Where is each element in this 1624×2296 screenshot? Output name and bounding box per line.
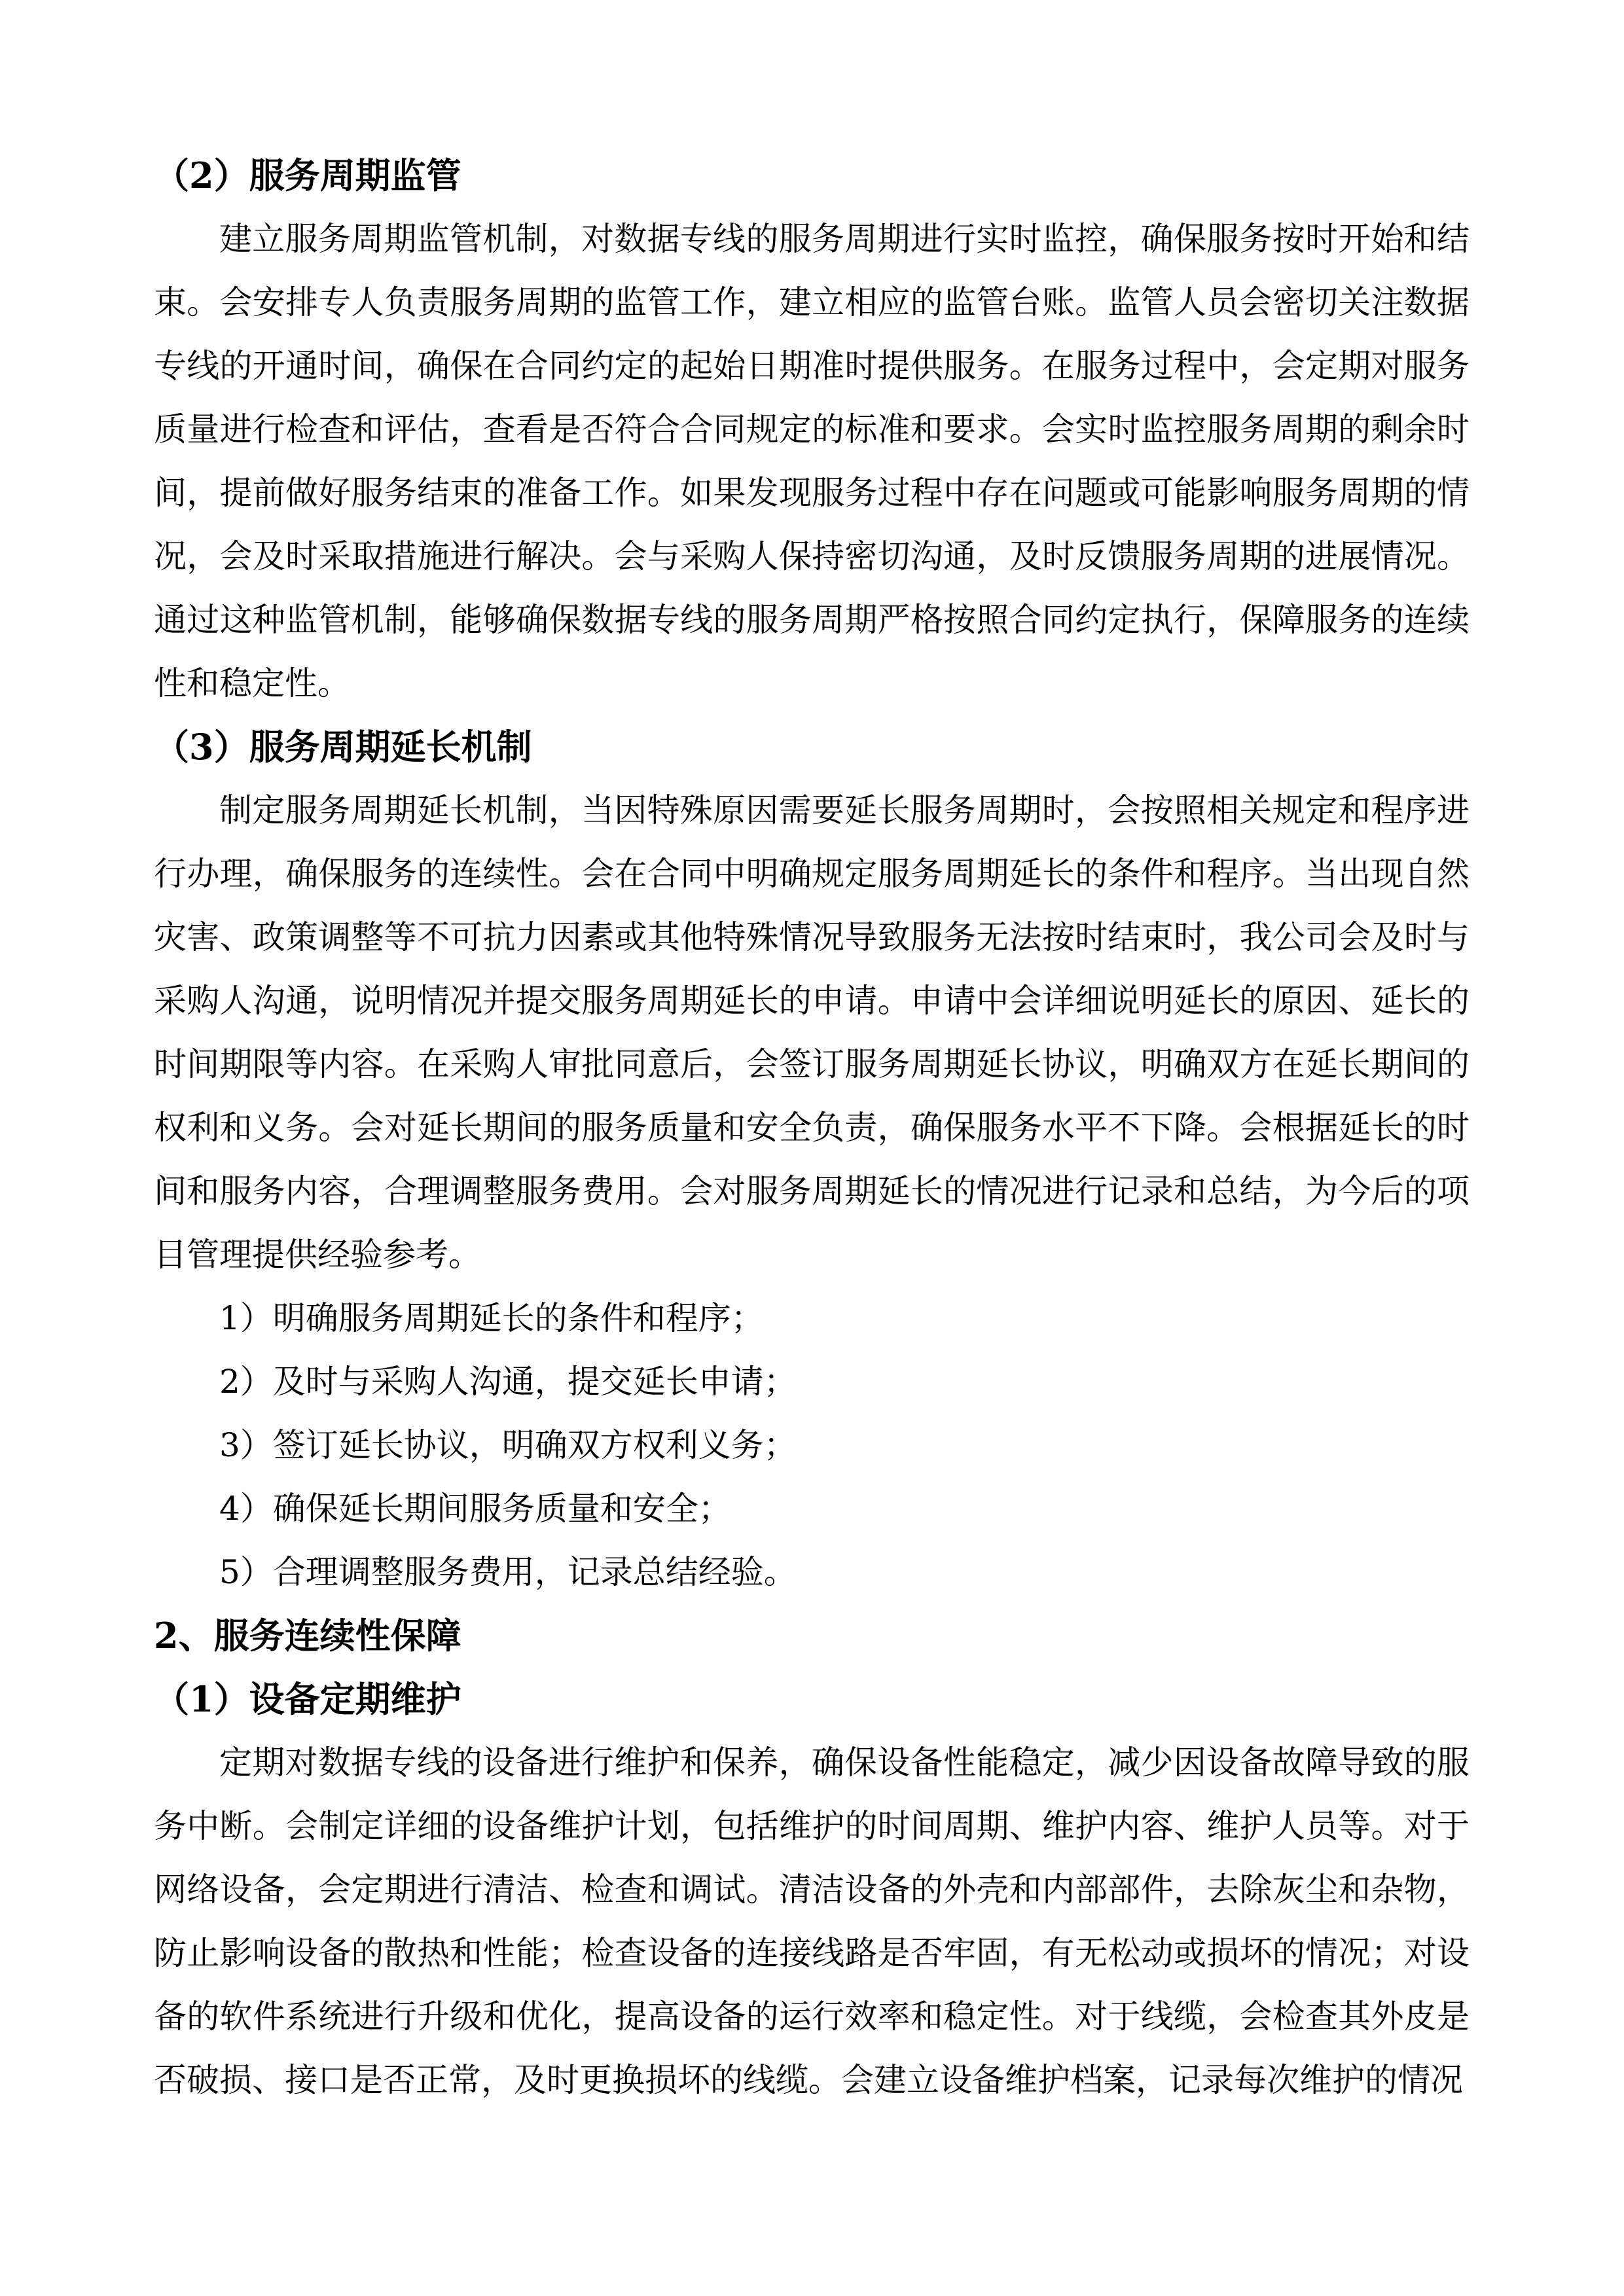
numbered-list: 1）明确服务周期延长的条件和程序； 2）及时与采购人沟通，提交延长申请； 3）签… xyxy=(154,1287,1470,1604)
document-content: （2）服务周期监管 建立服务周期监管机制，对数据专线的服务周期进行实时监控，确保… xyxy=(0,0,1624,2112)
list-item-4: 4）确保延长期间服务质量和安全； xyxy=(154,1477,1470,1541)
paragraph-service-cycle-extension: 制定服务周期延长机制，当因特殊原因需要延长服务周期时，会按照相关规定和程序进行办… xyxy=(154,779,1470,1287)
list-item-5: 5）合理调整服务费用，记录总结经验。 xyxy=(154,1541,1470,1604)
heading-service-cycle-supervision: （2）服务周期监管 xyxy=(154,144,1470,207)
heading-equipment-maintenance: （1）设备定期维护 xyxy=(154,1668,1470,1731)
heading-service-continuity: 2、服务连续性保障 xyxy=(154,1604,1470,1668)
list-item-3: 3）签订延长协议，明确双方权利义务； xyxy=(154,1414,1470,1477)
paragraph-service-cycle-supervision: 建立服务周期监管机制，对数据专线的服务周期进行实时监控，确保服务按时开始和结束。… xyxy=(154,207,1470,715)
list-item-2: 2）及时与采购人沟通，提交延长申请； xyxy=(154,1350,1470,1414)
list-item-1: 1）明确服务周期延长的条件和程序； xyxy=(154,1287,1470,1350)
document-page: （2）服务周期监管 建立服务周期监管机制，对数据专线的服务周期进行实时监控，确保… xyxy=(0,0,1624,2296)
paragraph-equipment-maintenance: 定期对数据专线的设备进行维护和保养，确保设备性能稳定，减少因设备故障导致的服务中… xyxy=(154,1731,1470,2112)
heading-service-cycle-extension: （3）服务周期延长机制 xyxy=(154,715,1470,779)
